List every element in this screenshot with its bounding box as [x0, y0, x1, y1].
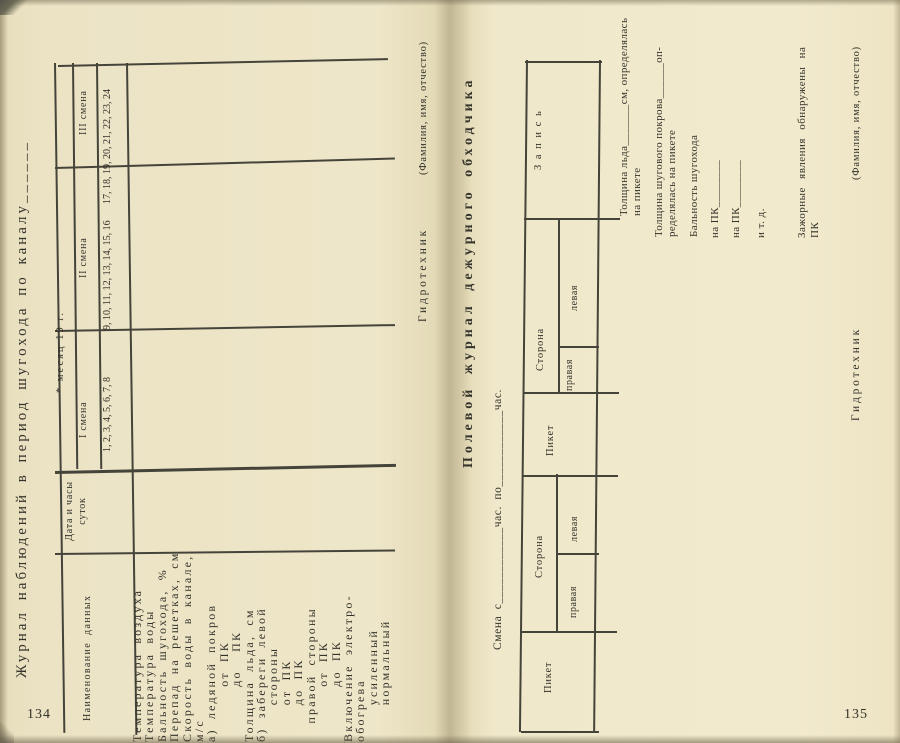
page-top-edge-shadow	[0, 0, 900, 6]
shift-1-header: I смена	[79, 402, 89, 438]
shift-3-header: III смена	[79, 90, 89, 135]
note-ice-jam: Зажорные явления обнаружены на	[797, 47, 808, 238]
shift-1-hours: 1, 2, 3, 4, 5, 6, 7, 8	[103, 377, 113, 452]
side-2-header: Сторона	[536, 328, 547, 371]
page-right-edge-shadow	[893, 0, 900, 743]
side-2-right-header: правая	[565, 359, 575, 391]
date-hours-column-header: Дата и часы суток	[64, 474, 89, 548]
name-column-header: Наименование данных	[83, 595, 93, 721]
table135-side1-sub-divider	[556, 553, 599, 555]
note-ice-thickness: Толщина льда_______см, определялась	[619, 18, 630, 216]
shift-3-hours: 17, 18, 19, 20, 21, 22, 23, 24	[103, 89, 113, 204]
journal-title-134: Журнал наблюдений в период шугохода по к…	[15, 140, 31, 678]
table134-top-border-line	[54, 63, 65, 733]
signature-role-135: Гидротехник	[851, 327, 863, 421]
scan-corner-top-left	[0, 0, 30, 15]
table134-right-edge-line	[58, 58, 388, 67]
month-year-header: * месяц 19 г.	[56, 311, 67, 393]
table134-date-col-divider	[55, 464, 396, 474]
note-picket-line-1: на ПК________	[710, 160, 721, 238]
table135-picket2-divider	[523, 392, 619, 394]
parameter-row-labels: Температура воздуха Температура воды Бал…	[131, 551, 392, 742]
table135-right-edge-line	[525, 61, 602, 63]
page-number-135: 135	[844, 707, 868, 723]
note-slush-cover: Толщина шугового покрова______оп-	[654, 47, 665, 237]
note-slush-cover-cont: ределялась на пикете	[667, 130, 678, 237]
signature-hint-135: (Фамилия, имя, отчество)	[852, 46, 863, 180]
table135-side1-divider	[522, 475, 618, 477]
page-number-134: 134	[27, 707, 51, 723]
side-1-right-header: правая	[569, 586, 579, 618]
side-1-left-header: левая	[570, 516, 580, 542]
note-slush-score: Бальность шугохода	[689, 135, 700, 237]
note-etc: и т. д.	[756, 208, 767, 238]
record-column-header: З а п и с ь	[534, 110, 545, 170]
book-scan-spread: Журнал наблюдений в период шугохода по к…	[0, 0, 900, 743]
table135-left-edge-line	[521, 731, 599, 733]
note-ice-jam-cont: ПК	[810, 222, 821, 238]
table135-side2-sub-divider	[558, 346, 599, 348]
shift-2-hours: 9, 10, 11, 12, 13, 14, 15, 16	[103, 220, 113, 330]
scan-corner-bottom-left	[0, 723, 14, 743]
table135-side2-underline	[558, 219, 560, 392]
field-journal-title: Полевой журнал дежурного обходчика	[462, 76, 477, 468]
note-picket-line-2: на ПК________	[731, 160, 742, 238]
signature-role-134: Гидротехник	[418, 228, 430, 322]
page-left-edge-shadow	[0, 0, 8, 743]
shift-2-header: II смена	[79, 237, 89, 278]
signature-hint-134: (Фамилия, имя, отчество)	[419, 41, 430, 175]
shift-time-line: Смена с____________час. по____________ча…	[493, 389, 505, 650]
picket-2-header: Пикет	[546, 425, 557, 456]
side-2-left-header: левая	[570, 285, 580, 311]
table135-record-divider	[524, 218, 620, 220]
side-1-header: Сторона	[535, 535, 546, 578]
note-ice-thickness-cont: на пикете	[632, 167, 643, 216]
table135-picket1-divider	[521, 631, 617, 633]
picket-1-header: Пикет	[544, 662, 555, 693]
